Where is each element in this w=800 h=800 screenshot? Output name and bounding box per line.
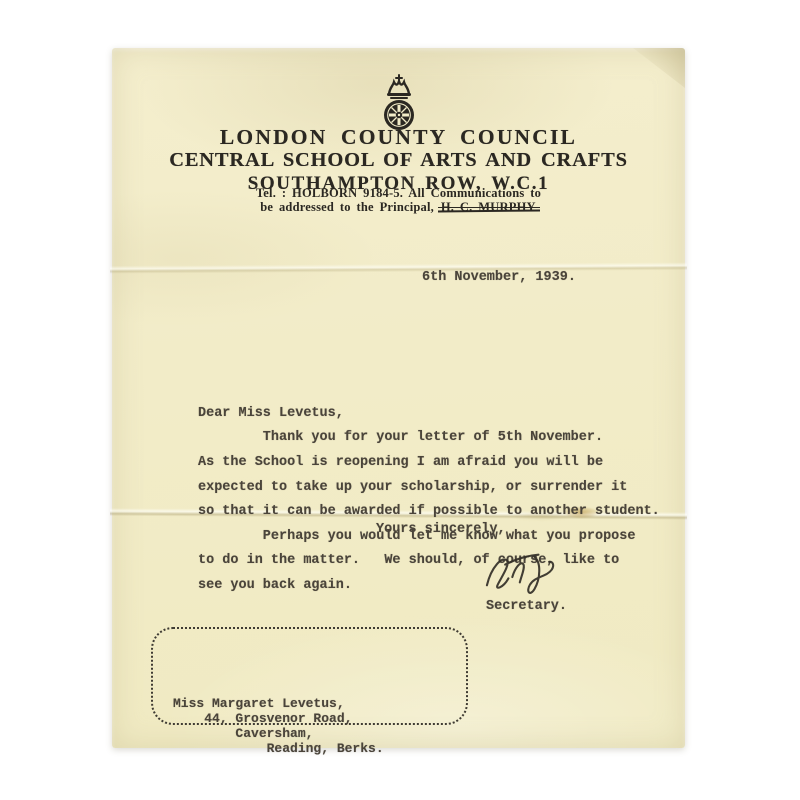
body-line: expected to take up your scholarship, or… — [198, 476, 660, 501]
body-line: As the School is reopening I am afraid y… — [198, 451, 660, 476]
lcc-crest-icon — [377, 74, 421, 132]
letterhead-school: CENTRAL SCHOOL OF ARTS AND CRAFTS — [112, 149, 685, 172]
valediction: Yours sincerely, — [376, 522, 506, 537]
letter-paper: LONDON COUNTY COUNCIL CENTRAL SCHOOL OF … — [112, 48, 685, 748]
principal-name-struck-through: H. C. MURPHY — [440, 201, 537, 215]
letterhead-telephone-note: Tel. : HOLBORN 9184-5. All Communication… — [112, 187, 685, 214]
handwritten-signature — [476, 542, 572, 604]
signatory-role: Secretary. — [486, 599, 567, 614]
recipient-address: Miss Margaret Levetus, 44, Grosvenor Roa… — [173, 651, 384, 756]
body-line: Dear Miss Levetus, — [198, 402, 660, 427]
recipient-address-line: Caversham, — [173, 726, 384, 741]
letterhead-organization: LONDON COUNTY COUNCIL — [112, 125, 685, 150]
principal-line-prefix: be addressed to the Principal, — [260, 200, 440, 214]
body-line: see you back again. — [198, 574, 660, 599]
recipient-address-line: Reading, Berks. — [173, 741, 384, 756]
body-line: Thank you for your letter of 5th Novembe… — [198, 426, 660, 451]
body-line: to do in the matter. We should, of cours… — [198, 549, 660, 574]
corner-fold — [633, 48, 685, 88]
recipient-address-line: Miss Margaret Levetus, — [173, 696, 384, 711]
date-line: 6th November, 1939. — [422, 270, 576, 285]
letter-body: Dear Miss Levetus, Thank you for your le… — [198, 328, 660, 599]
telephone-line: Tel. : HOLBORN 9184-5. All Communication… — [112, 187, 685, 201]
recipient-address-box: Miss Margaret Levetus, 44, Grosvenor Roa… — [151, 627, 468, 725]
fold-crease-top — [110, 262, 687, 274]
recipient-address-line: 44, Grosvenor Road, — [173, 711, 384, 726]
scan-background: LONDON COUNTY COUNCIL CENTRAL SCHOOL OF … — [0, 0, 800, 800]
principal-line: be addressed to the Principal, H. C. MUR… — [112, 201, 685, 215]
